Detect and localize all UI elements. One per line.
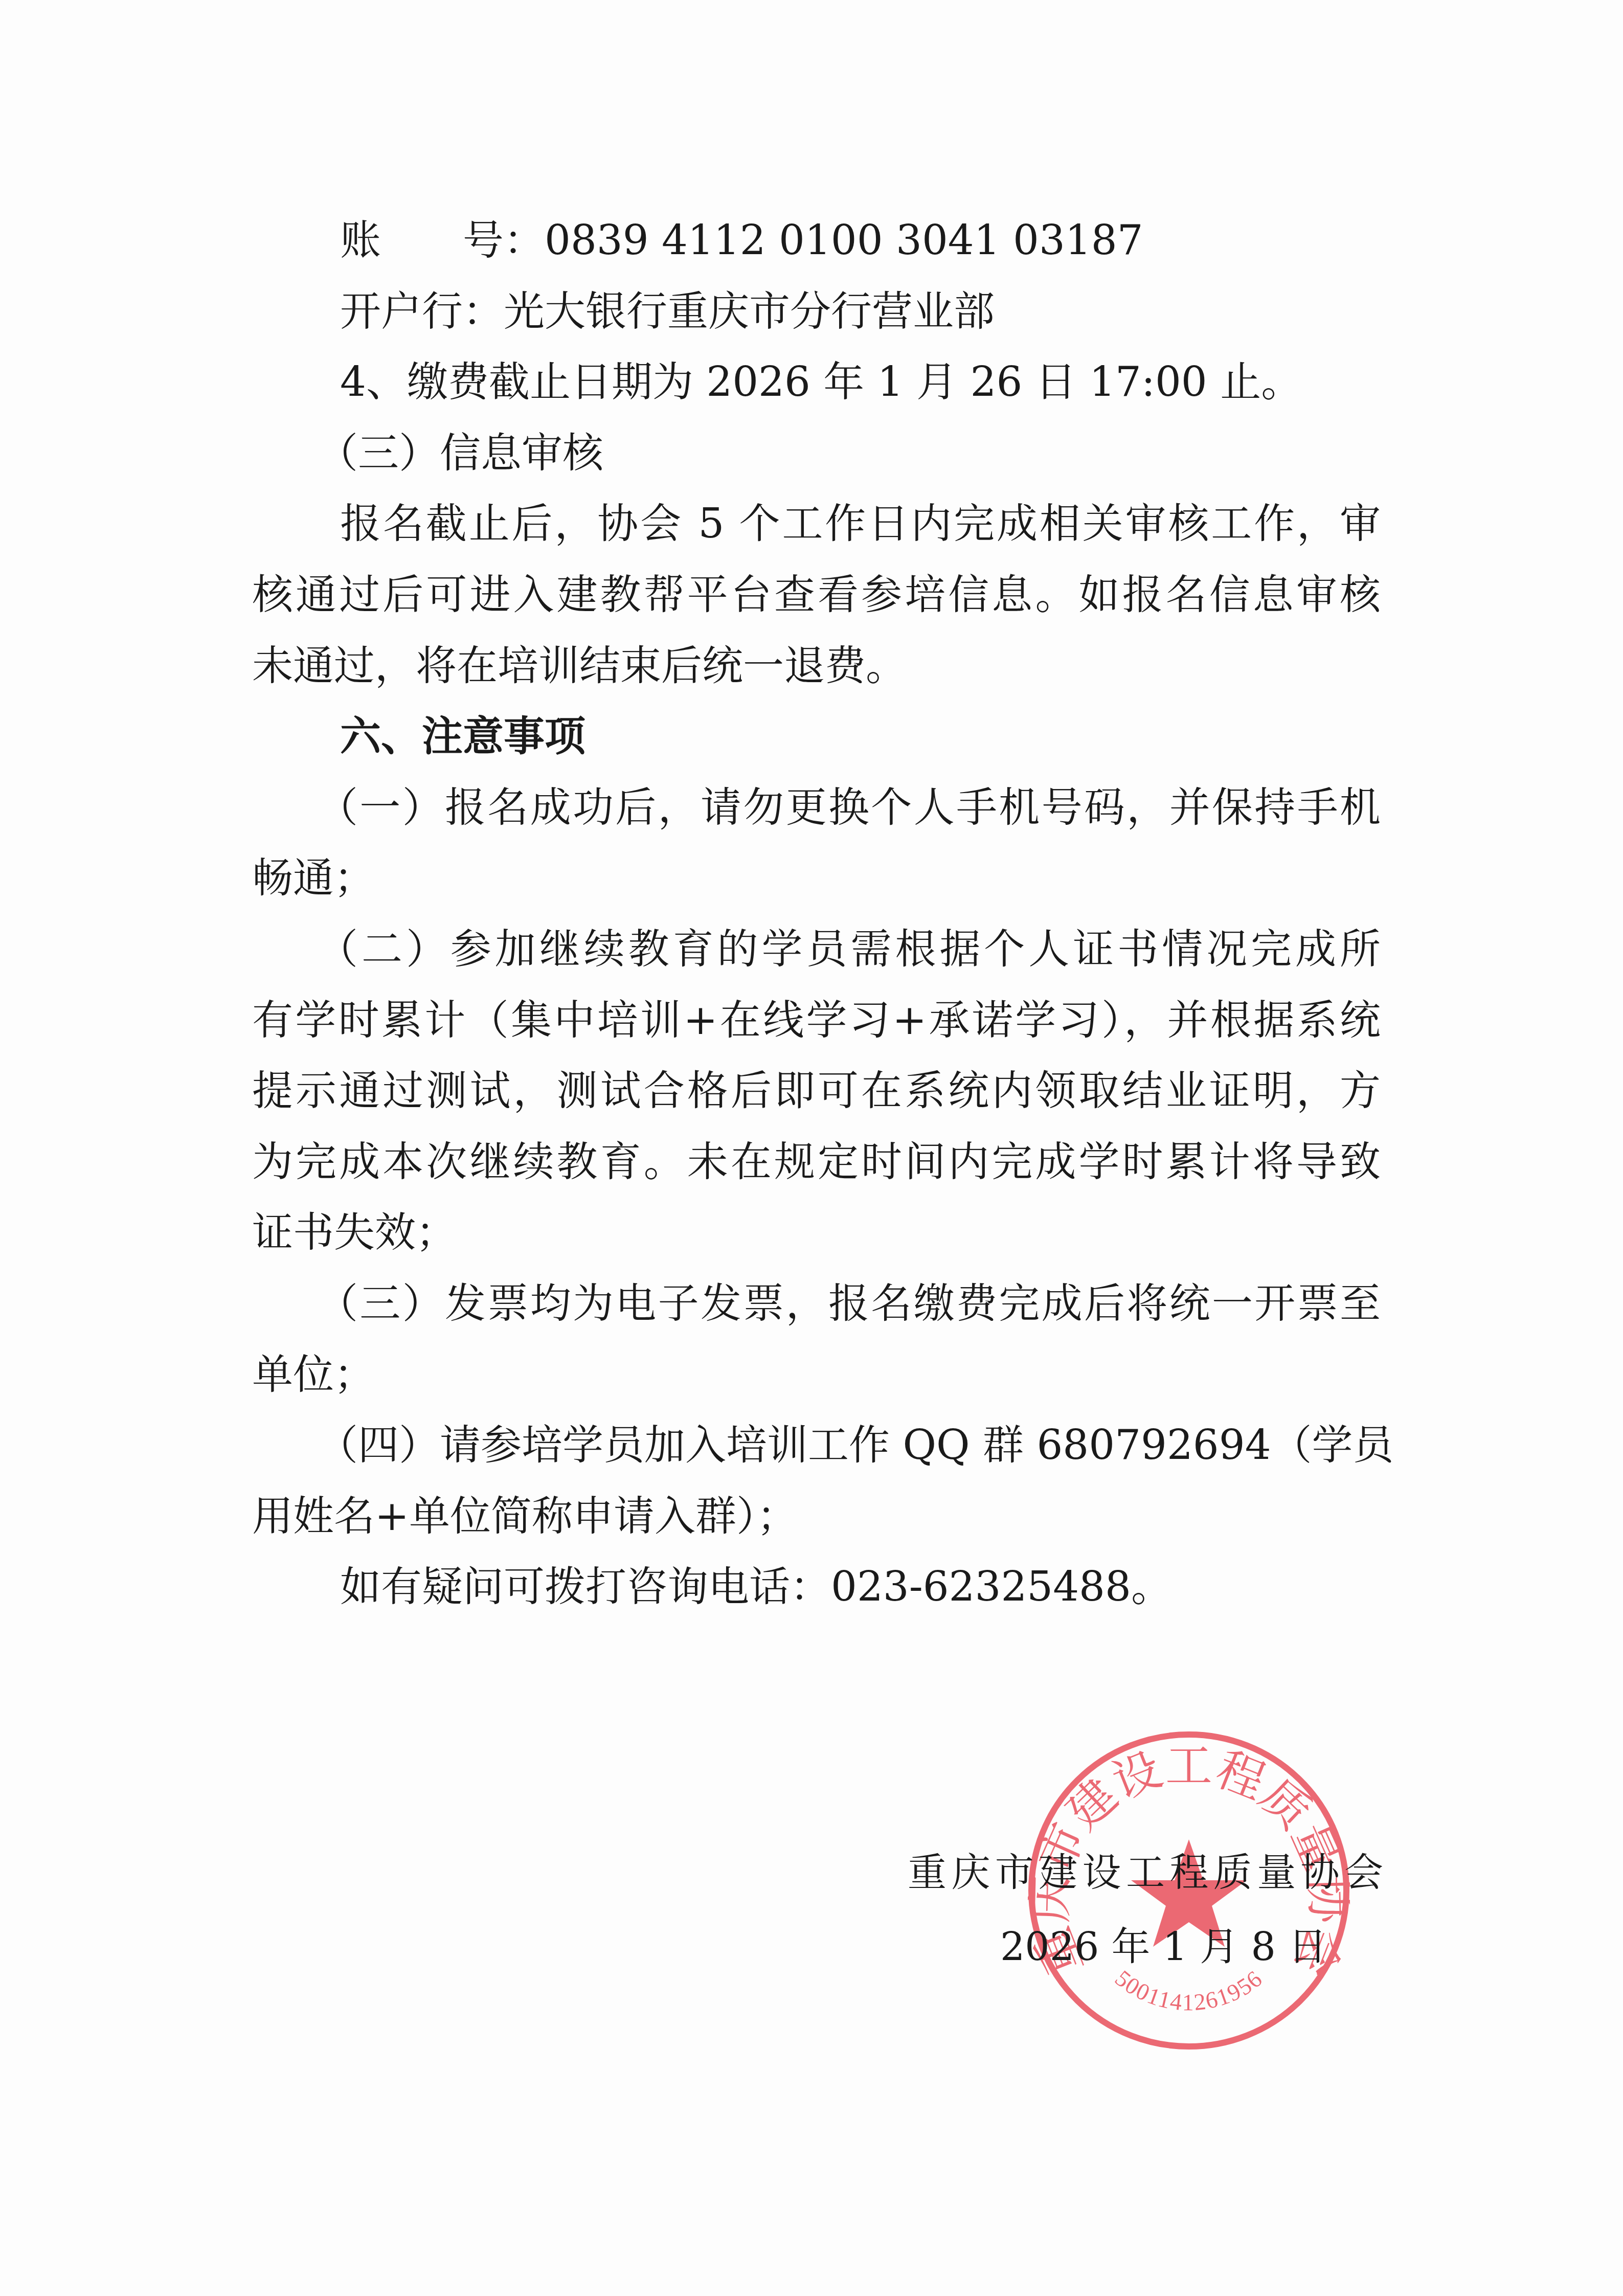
review-paragraph-line: 报名截止后，协会 5 个工作日内完成相关审核工作，审 [340,496,1381,552]
issue-date: 2026 年 1 月 8 日 [1000,1921,1307,1972]
note-3-line: （三）发票均为电子发票，报名缴费完成后将统一开票至 [317,1275,1381,1332]
note-1-line: 畅通； [252,850,375,906]
section-info-review-heading: （三）信息审核 [317,425,603,481]
review-paragraph-line: 核通过后可进入建教帮平台查看参培信息。如报名信息审核 [252,567,1381,623]
note-4-line: （四）请参培学员加入培训工作 QQ 群 680792694（学员 [317,1417,1381,1473]
document-page: 账 号：0839 4112 0100 3041 03187 开户行：光大银行重庆… [0,0,1623,2296]
note-2-line: 提示通过测试，测试合格后即可在系统内领取结业证明，方 [252,1063,1381,1119]
bank-name-line: 开户行：光大银行重庆市分行营业部 [340,283,995,340]
svg-text:5001141261956: 5001141261956 [1110,1965,1268,2016]
note-2-line: （二）参加继续教育的学员需根据个人证书情况完成所 [317,921,1381,977]
note-4-line: 用姓名+单位简称申请入群）； [252,1488,798,1544]
review-paragraph-line: 未通过，将在培训结束后统一退费。 [252,638,907,694]
section-notes-heading: 六、注意事项 [340,708,585,764]
payment-deadline-line: 4、缴费截止日期为 2026 年 1 月 26 日 17:00 止。 [340,354,1302,410]
note-1-line: （一）报名成功后，请勿更换个人手机号码，并保持手机 [317,779,1381,836]
note-3-line: 单位； [252,1346,375,1403]
note-2-line: 有学时累计（集中培训+在线学习+承诺学习），并根据系统 [252,992,1381,1048]
note-2-line: 为完成本次继续教育。未在规定时间内完成学时累计将导致 [252,1134,1381,1190]
account-number-line: 账 号：0839 4112 0100 3041 03187 [340,212,1143,268]
note-2-line: 证书失效； [252,1204,457,1260]
seal-serial-number: 5001141261956 [1110,1965,1268,2016]
contact-phone-line: 如有疑问可拨打咨询电话：023-62325488。 [340,1559,1172,1615]
issuing-organization: 重庆市建设工程质量协会 [908,1847,1383,1898]
